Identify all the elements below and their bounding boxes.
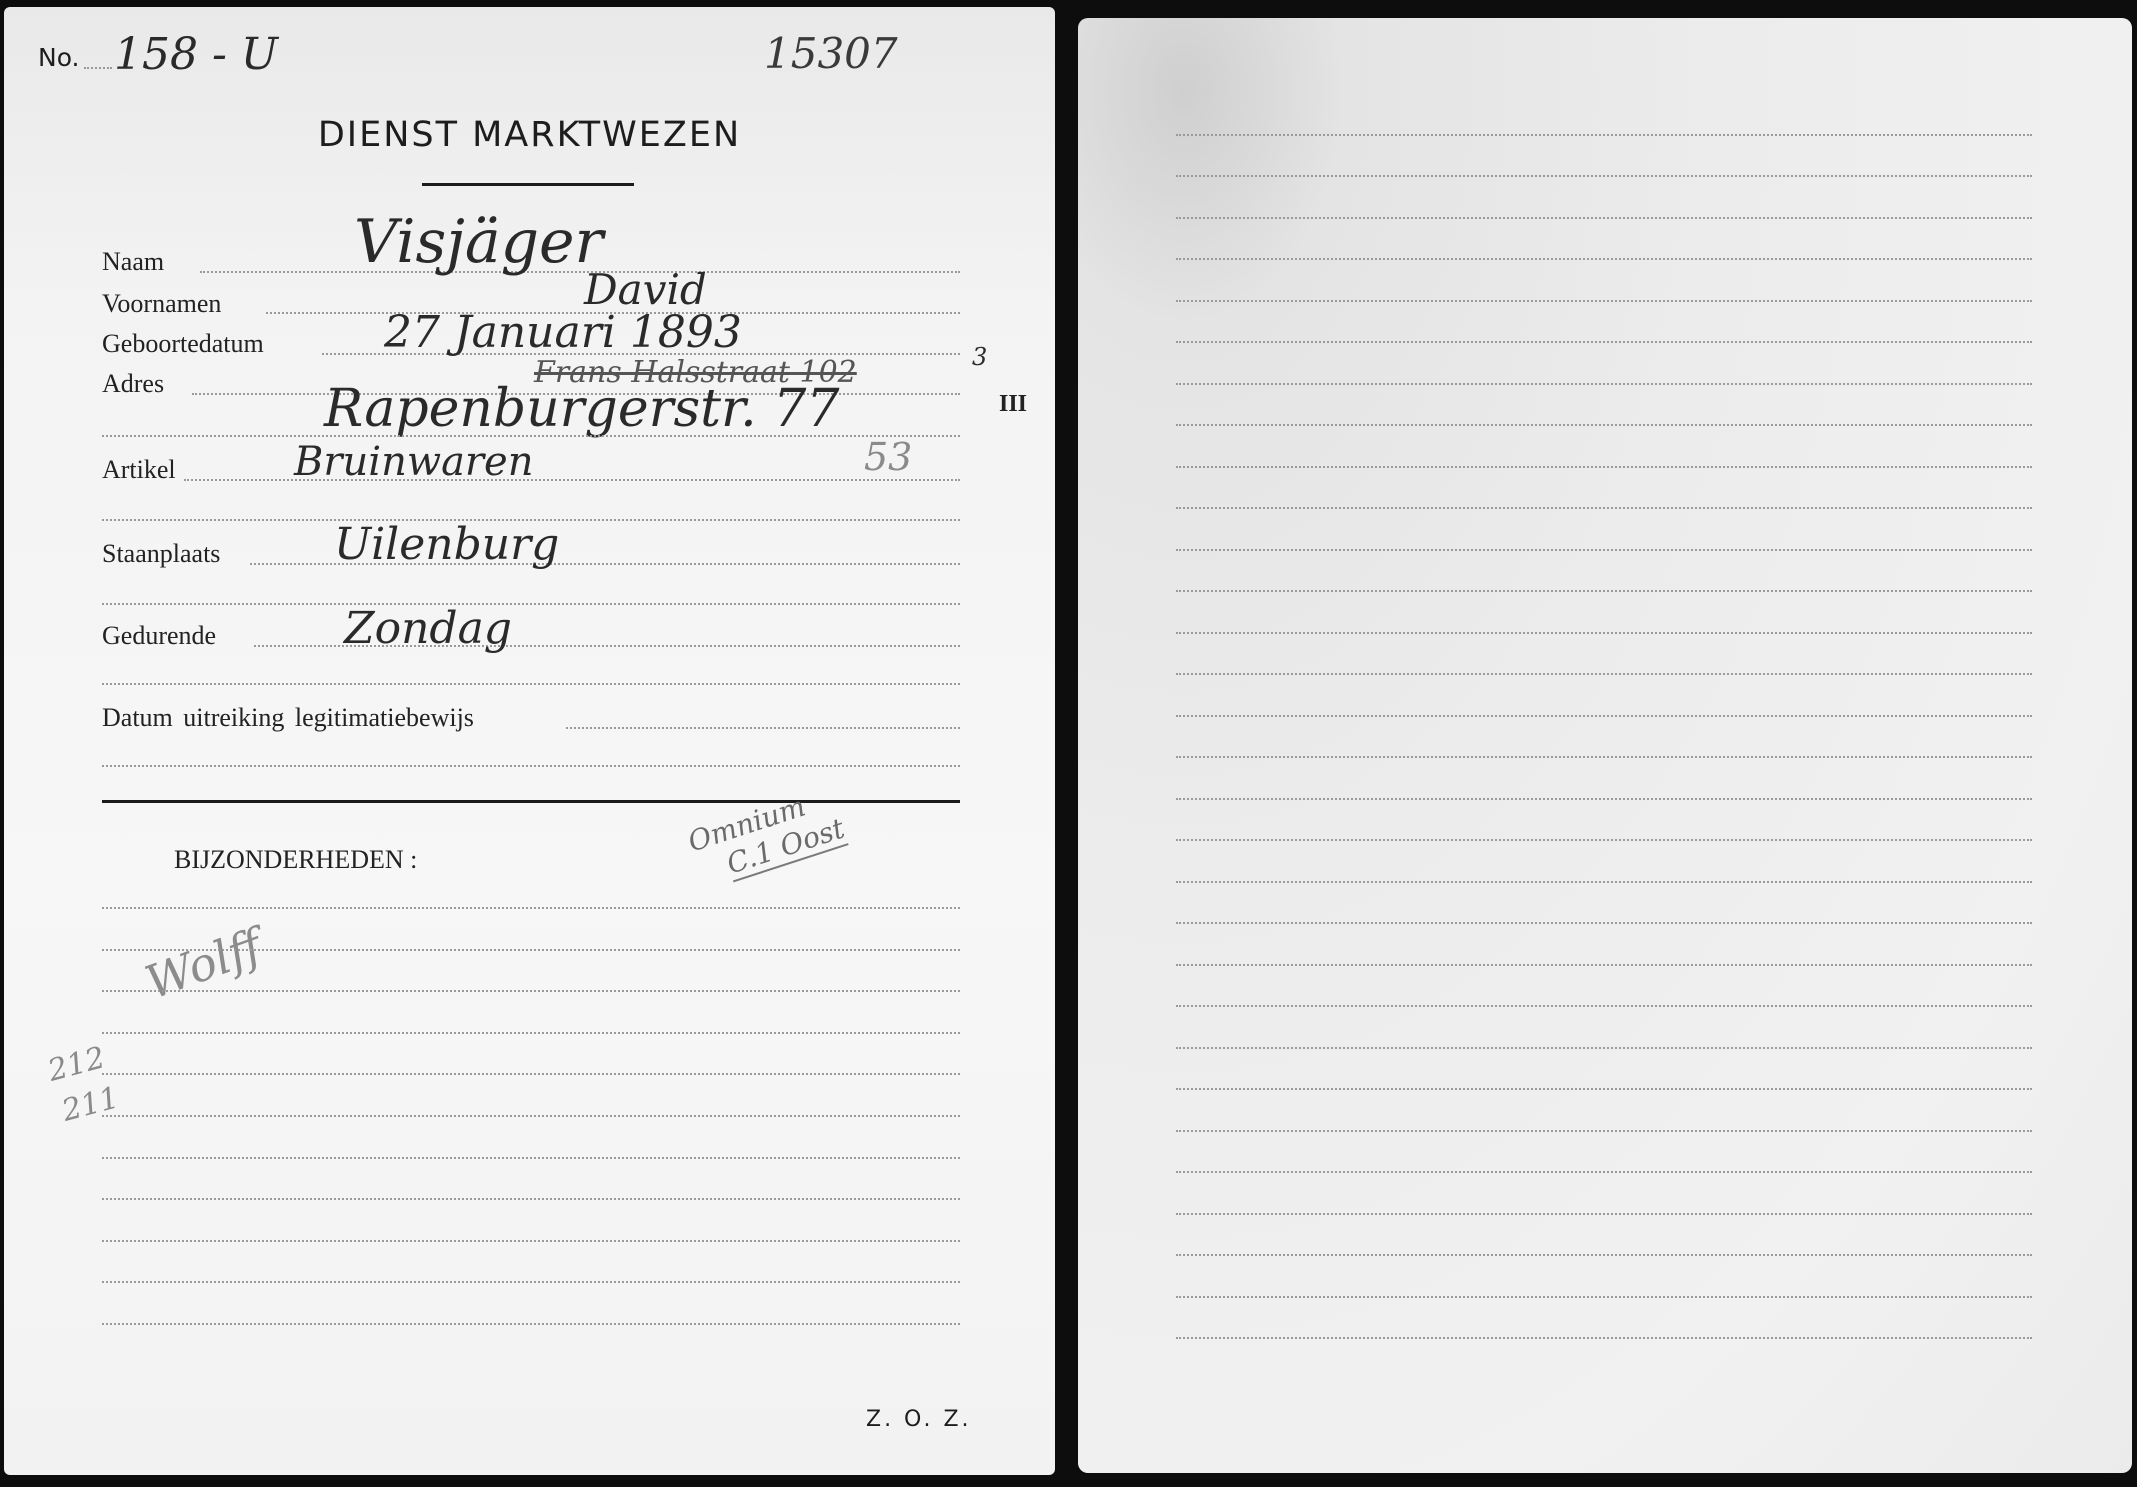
artikel-note: 53	[864, 435, 912, 479]
back-line-29[interactable]	[1176, 1296, 2032, 1298]
datum-uitreiking-line-2	[102, 765, 960, 767]
page-title: DIENST MARKTWEZEN	[4, 115, 1055, 155]
back-line-16[interactable]	[1176, 756, 2032, 758]
naam-label: Naam	[102, 247, 164, 277]
back-line-17[interactable]	[1176, 798, 2032, 800]
bijz-line-2[interactable]	[102, 949, 960, 951]
back-line-8[interactable]	[1176, 424, 2032, 426]
back-line-24[interactable]	[1176, 1088, 2032, 1090]
back-line-10[interactable]	[1176, 507, 2032, 509]
back-line-18[interactable]	[1176, 839, 2032, 841]
back-line-15[interactable]	[1176, 715, 2032, 717]
number-label: No.	[38, 43, 80, 72]
voornamen-label: Voornamen	[102, 289, 221, 319]
datum-uitreiking-label: Datum uitreiking legitimatiebewijs	[102, 703, 474, 733]
margin-number-2: 211	[58, 1080, 122, 1129]
back-line-25[interactable]	[1176, 1130, 2032, 1132]
back-line-21[interactable]	[1176, 964, 2032, 966]
geboortedatum-value[interactable]: 27 Januari 1893	[384, 307, 742, 358]
bijz-line-10[interactable]	[102, 1281, 960, 1283]
adres-struck-sup: 3	[972, 343, 987, 371]
gedurende-value[interactable]: Zondag	[344, 603, 512, 654]
back-card	[1078, 18, 2132, 1473]
number-value: 158 - U	[114, 29, 278, 80]
bijz-line-11[interactable]	[102, 1323, 960, 1325]
back-line-14[interactable]	[1176, 673, 2032, 675]
back-line-12[interactable]	[1176, 590, 2032, 592]
artikel-label: Artikel	[102, 455, 176, 485]
staanplaats-value[interactable]: Uilenburg	[334, 519, 559, 570]
back-line-2[interactable]	[1176, 175, 2032, 177]
gedurende-label: Gedurende	[102, 621, 216, 651]
bijz-line-6[interactable]	[102, 1115, 960, 1117]
adres-value[interactable]: Rapenburgerstr. 77	[324, 379, 839, 439]
bijz-line-7[interactable]	[102, 1157, 960, 1159]
bijz-line-1[interactable]	[102, 907, 960, 909]
naam-value[interactable]: Visjäger	[354, 207, 603, 277]
back-line-4[interactable]	[1176, 258, 2032, 260]
back-line-1[interactable]	[1176, 134, 2032, 136]
footer-zoz: Z. O. Z.	[866, 1407, 972, 1432]
bijz-line-5[interactable]	[102, 1073, 960, 1075]
margin-signature: Wolff	[138, 918, 268, 1009]
back-line-5[interactable]	[1176, 300, 2032, 302]
adres-sup: III	[999, 391, 1027, 418]
bijz-line-8[interactable]	[102, 1198, 960, 1200]
staanplaats-line-2	[102, 603, 960, 605]
staanplaats-label: Staanplaats	[102, 539, 220, 569]
back-line-27[interactable]	[1176, 1213, 2032, 1215]
number-dotted-line	[84, 67, 112, 69]
bijz-line-4[interactable]	[102, 1032, 960, 1034]
back-line-28[interactable]	[1176, 1254, 2032, 1256]
bijzonderheden-annotation: Omnium C.1 Oost	[684, 780, 849, 891]
back-line-7[interactable]	[1176, 383, 2032, 385]
artikel-value[interactable]: Bruinwaren	[294, 439, 533, 485]
adres-label: Adres	[102, 369, 164, 399]
front-card: No. 158 - U 15307 DIENST MARKTWEZEN Naam…	[4, 7, 1055, 1475]
bijz-line-9[interactable]	[102, 1240, 960, 1242]
back-line-11[interactable]	[1176, 549, 2032, 551]
back-line-30[interactable]	[1176, 1337, 2032, 1339]
bijzonderheden-label: BIJZONDERHEDEN :	[174, 845, 417, 875]
back-line-20[interactable]	[1176, 922, 2032, 924]
archive-number: 15307	[764, 29, 898, 78]
datum-uitreiking-line[interactable]	[566, 727, 960, 729]
back-line-26[interactable]	[1176, 1171, 2032, 1173]
back-line-9[interactable]	[1176, 466, 2032, 468]
back-line-19[interactable]	[1176, 881, 2032, 883]
back-line-23[interactable]	[1176, 1047, 2032, 1049]
back-line-6[interactable]	[1176, 341, 2032, 343]
back-line-3[interactable]	[1176, 217, 2032, 219]
bijz-line-3[interactable]	[102, 990, 960, 992]
geboortedatum-label: Geboortedatum	[102, 329, 264, 359]
gedurende-line-2	[102, 683, 960, 685]
back-line-22[interactable]	[1176, 1005, 2032, 1007]
title-underline	[422, 183, 634, 186]
margin-number-1: 212	[44, 1040, 108, 1089]
adres-line-2	[102, 435, 960, 437]
back-line-13[interactable]	[1176, 632, 2032, 634]
